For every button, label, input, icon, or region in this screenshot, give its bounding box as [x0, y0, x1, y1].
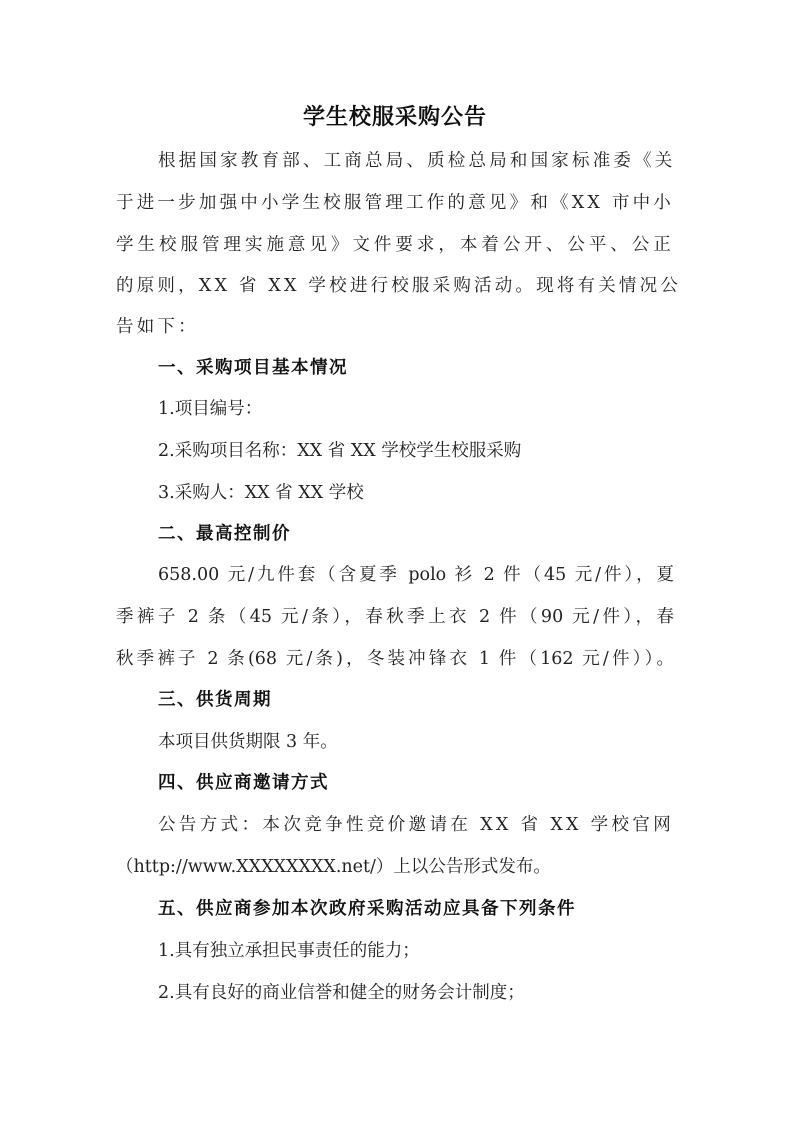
section-1-item-3: 3.采购人：XX 省 XX 学校	[116, 482, 674, 504]
section-heading-4: 四、供应商邀请方式	[116, 772, 674, 794]
section-4-line-2: （http://www.XXXXXXXX.net/）上以公告形式发布。	[116, 856, 674, 878]
intro-line-1: 根据国家教育部、工商总局、质检总局和国家标准委《关	[116, 150, 674, 172]
section-heading-2: 二、最高控制价	[116, 523, 674, 545]
section-2-line-3: 秋季裤子 2 条(68 元/条)，冬装冲锋衣 1 件（162 元/件））。	[116, 648, 674, 670]
section-heading-5: 五、供应商参加本次政府采购活动应具备下列条件	[116, 898, 674, 920]
section-1-item-1: 1.项目编号：	[116, 398, 674, 420]
intro-line-2: 于进一步加强中小学生校服管理工作的意见》和《XX 市中小	[116, 192, 674, 214]
section-2-line-1: 658.00 元/九件套（含夏季 polo 衫 2 件（45 元/件），夏	[116, 564, 674, 586]
section-2-line-2: 季裤子 2 条（45 元/条），春秋季上衣 2 件（90 元/件），春	[116, 606, 674, 628]
section-4-line-1: 公告方式：本次竞争性竞价邀请在 XX 省 XX 学校官网	[116, 814, 674, 836]
section-5-item-2: 2.具有良好的商业信誉和健全的财务会计制度；	[116, 982, 674, 1004]
intro-line-5: 告如下：	[116, 316, 674, 338]
document-title: 学生校服采购公告	[116, 100, 674, 131]
intro-line-4: 的原则，XX 省 XX 学校进行校服采购活动。现将有关情况公	[116, 275, 674, 297]
section-1-item-2: 2.采购项目名称：XX 省 XX 学校学生校服采购	[116, 440, 674, 462]
section-5-item-1: 1.具有独立承担民事责任的能力；	[116, 940, 674, 962]
intro-line-3: 学生校服管理实施意见》文件要求，本着公开、公平、公正	[116, 234, 674, 256]
section-heading-3: 三、供货周期	[116, 689, 674, 711]
section-3-line-1: 本项目供货期限 3 年。	[116, 731, 674, 753]
section-heading-1: 一、采购项目基本情况	[116, 357, 674, 379]
